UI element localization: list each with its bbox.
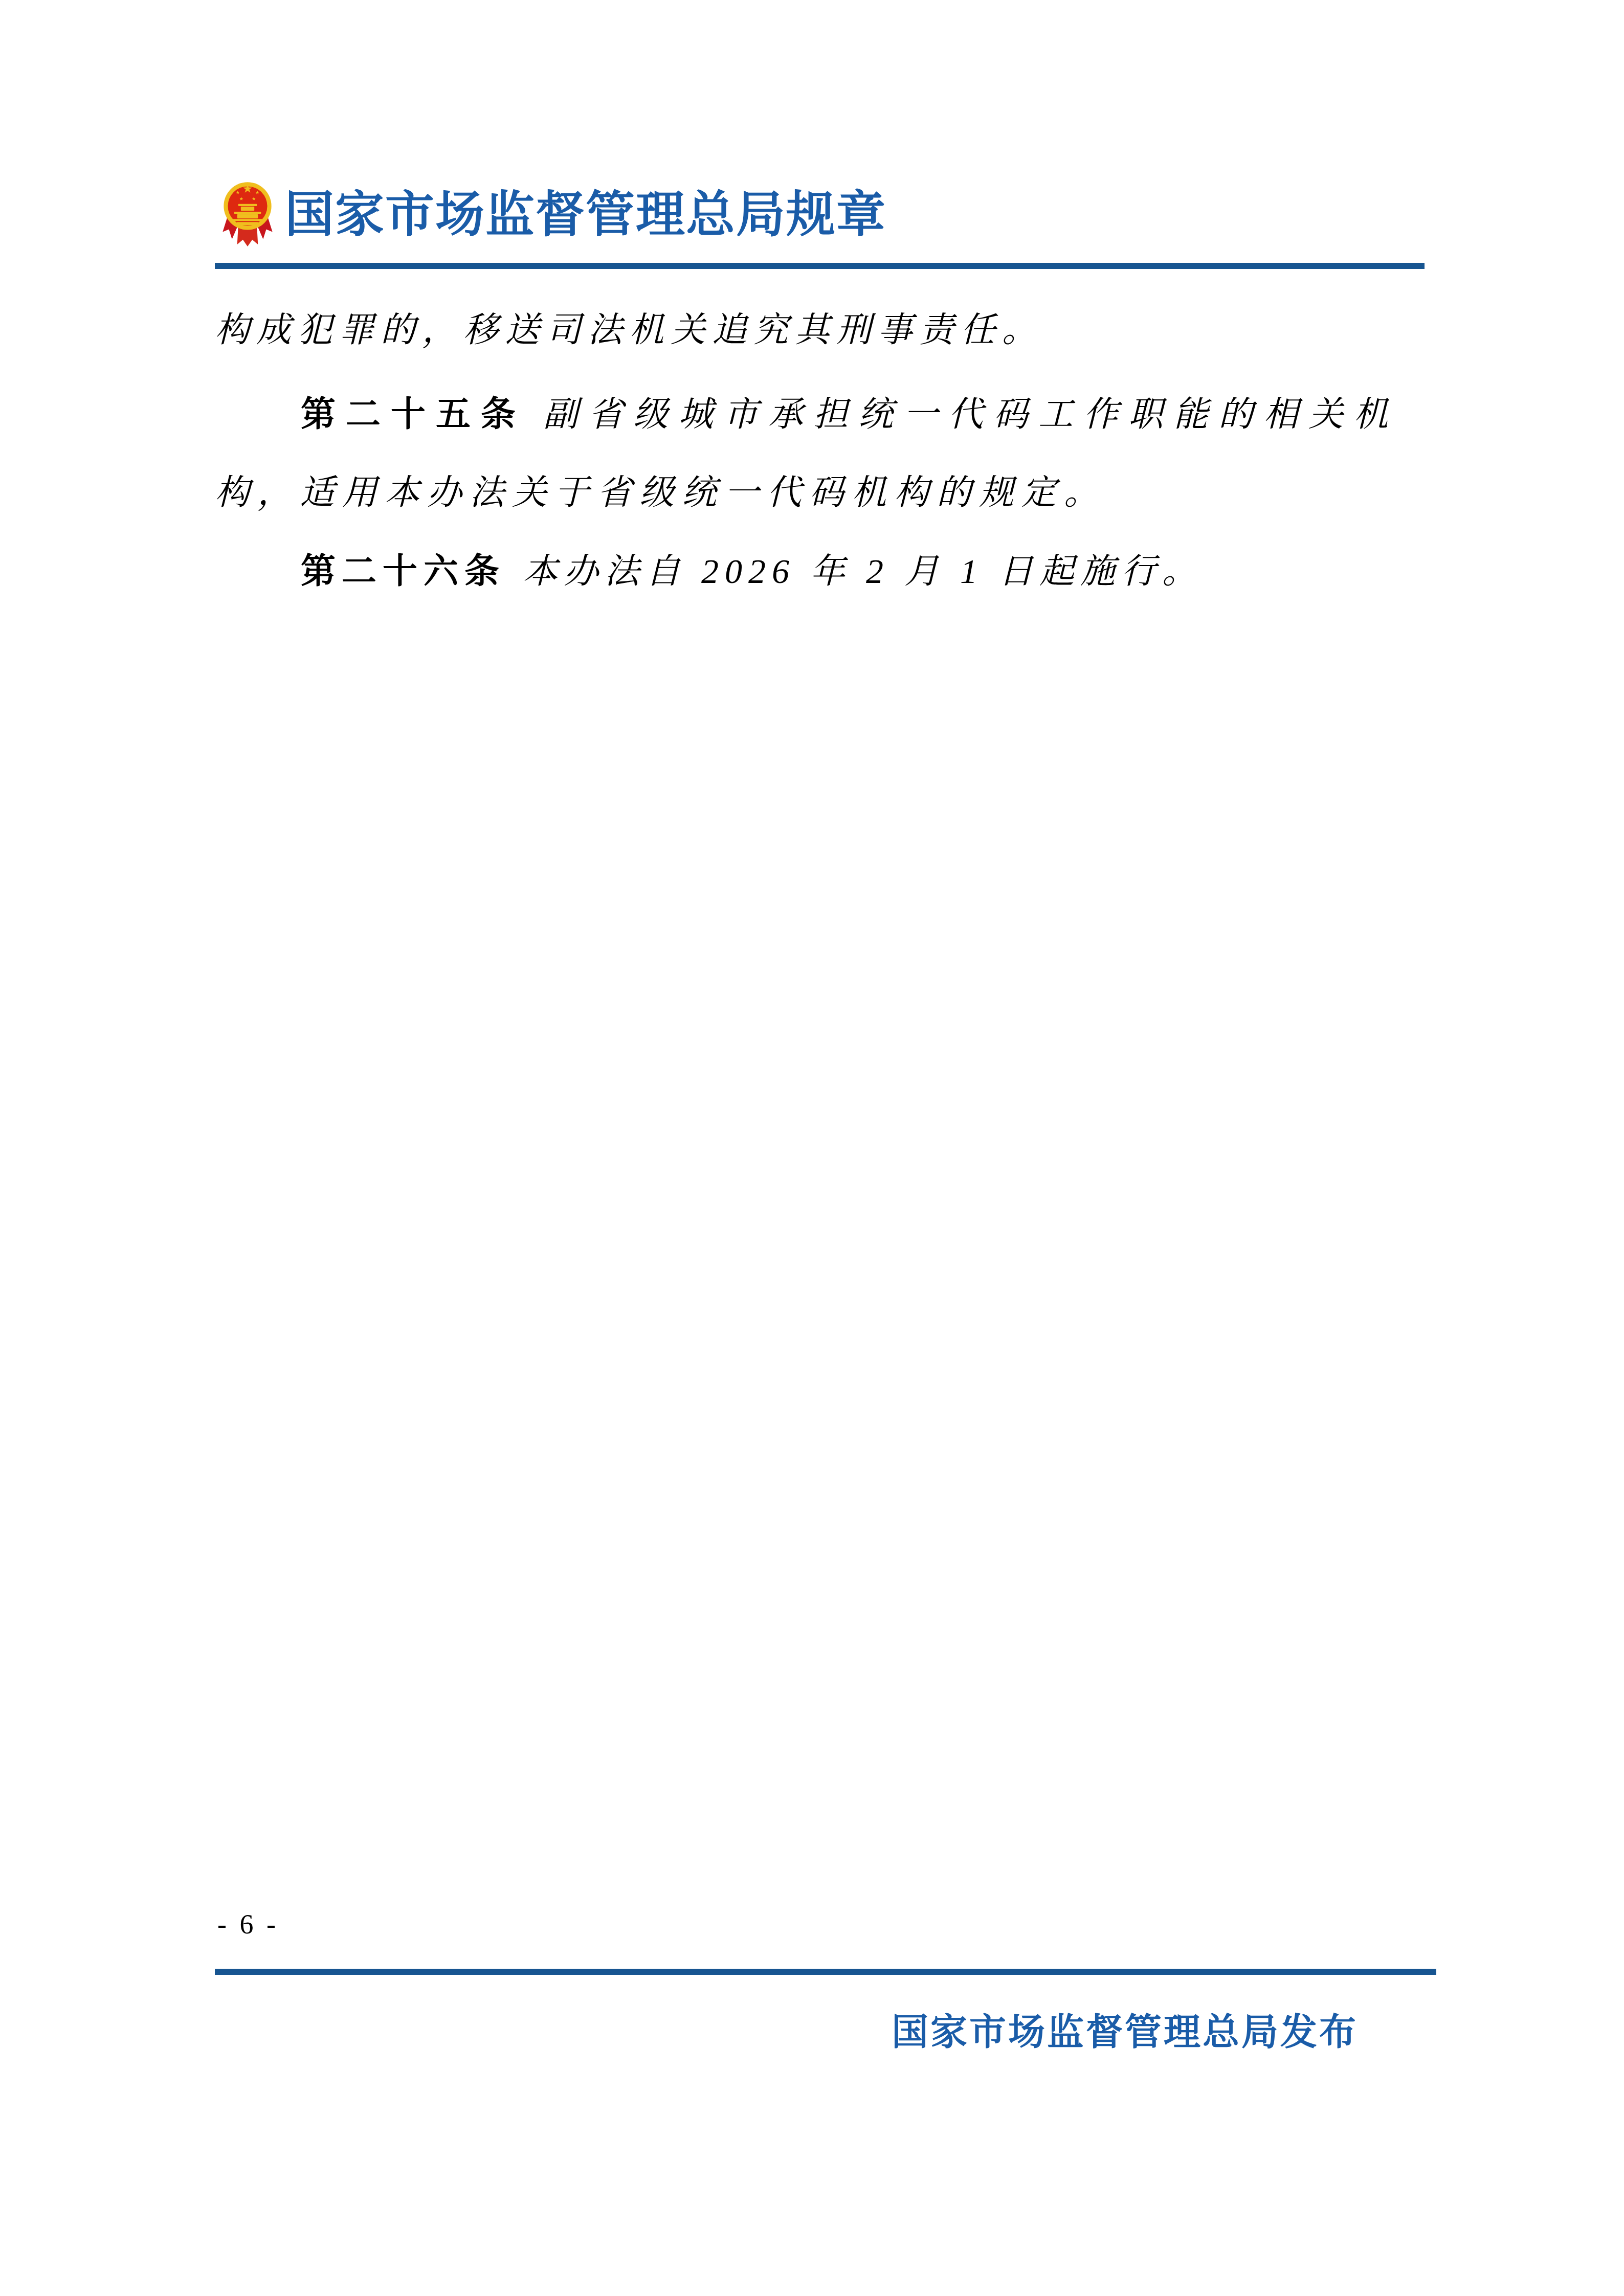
body-line-article25-first: 第二十五条副省级城市承担统一代码工作职能的相关机 (301, 391, 1398, 437)
document-header-title: 国家市场监督管理总局规章 (285, 189, 886, 240)
article25-text-part1: 副省级城市承担统一代码工作职能的相关机 (543, 395, 1398, 434)
body-line-article26: 第二十六条本办法自 2026 年 2 月 1 日起施行。 (301, 548, 1203, 594)
body-line-continuation: 构成犯罪的，移送司法机关追究其刑事责任。 (215, 307, 1043, 353)
national-emblem-icon (221, 172, 274, 247)
footer-rule-line (215, 1969, 1436, 1975)
page-number: - 6 - (217, 1906, 279, 1942)
article26-label: 第二十六条 (301, 552, 505, 591)
article26-text: 本办法自 2026 年 2 月 1 日起施行。 (523, 552, 1203, 591)
header-rule-line (215, 263, 1425, 269)
body-line-article25-second: 构，适用本办法关于省级统一代码机构的规定。 (215, 469, 1106, 515)
document-page: 国家市场监督管理总局规章 构成犯罪的，移送司法机关追究其刑事责任。 第二十五条副… (0, 0, 1624, 2296)
article25-label: 第二十五条 (301, 395, 526, 434)
publisher-label: 国家市场监督管理总局发布 (892, 2011, 1358, 2054)
